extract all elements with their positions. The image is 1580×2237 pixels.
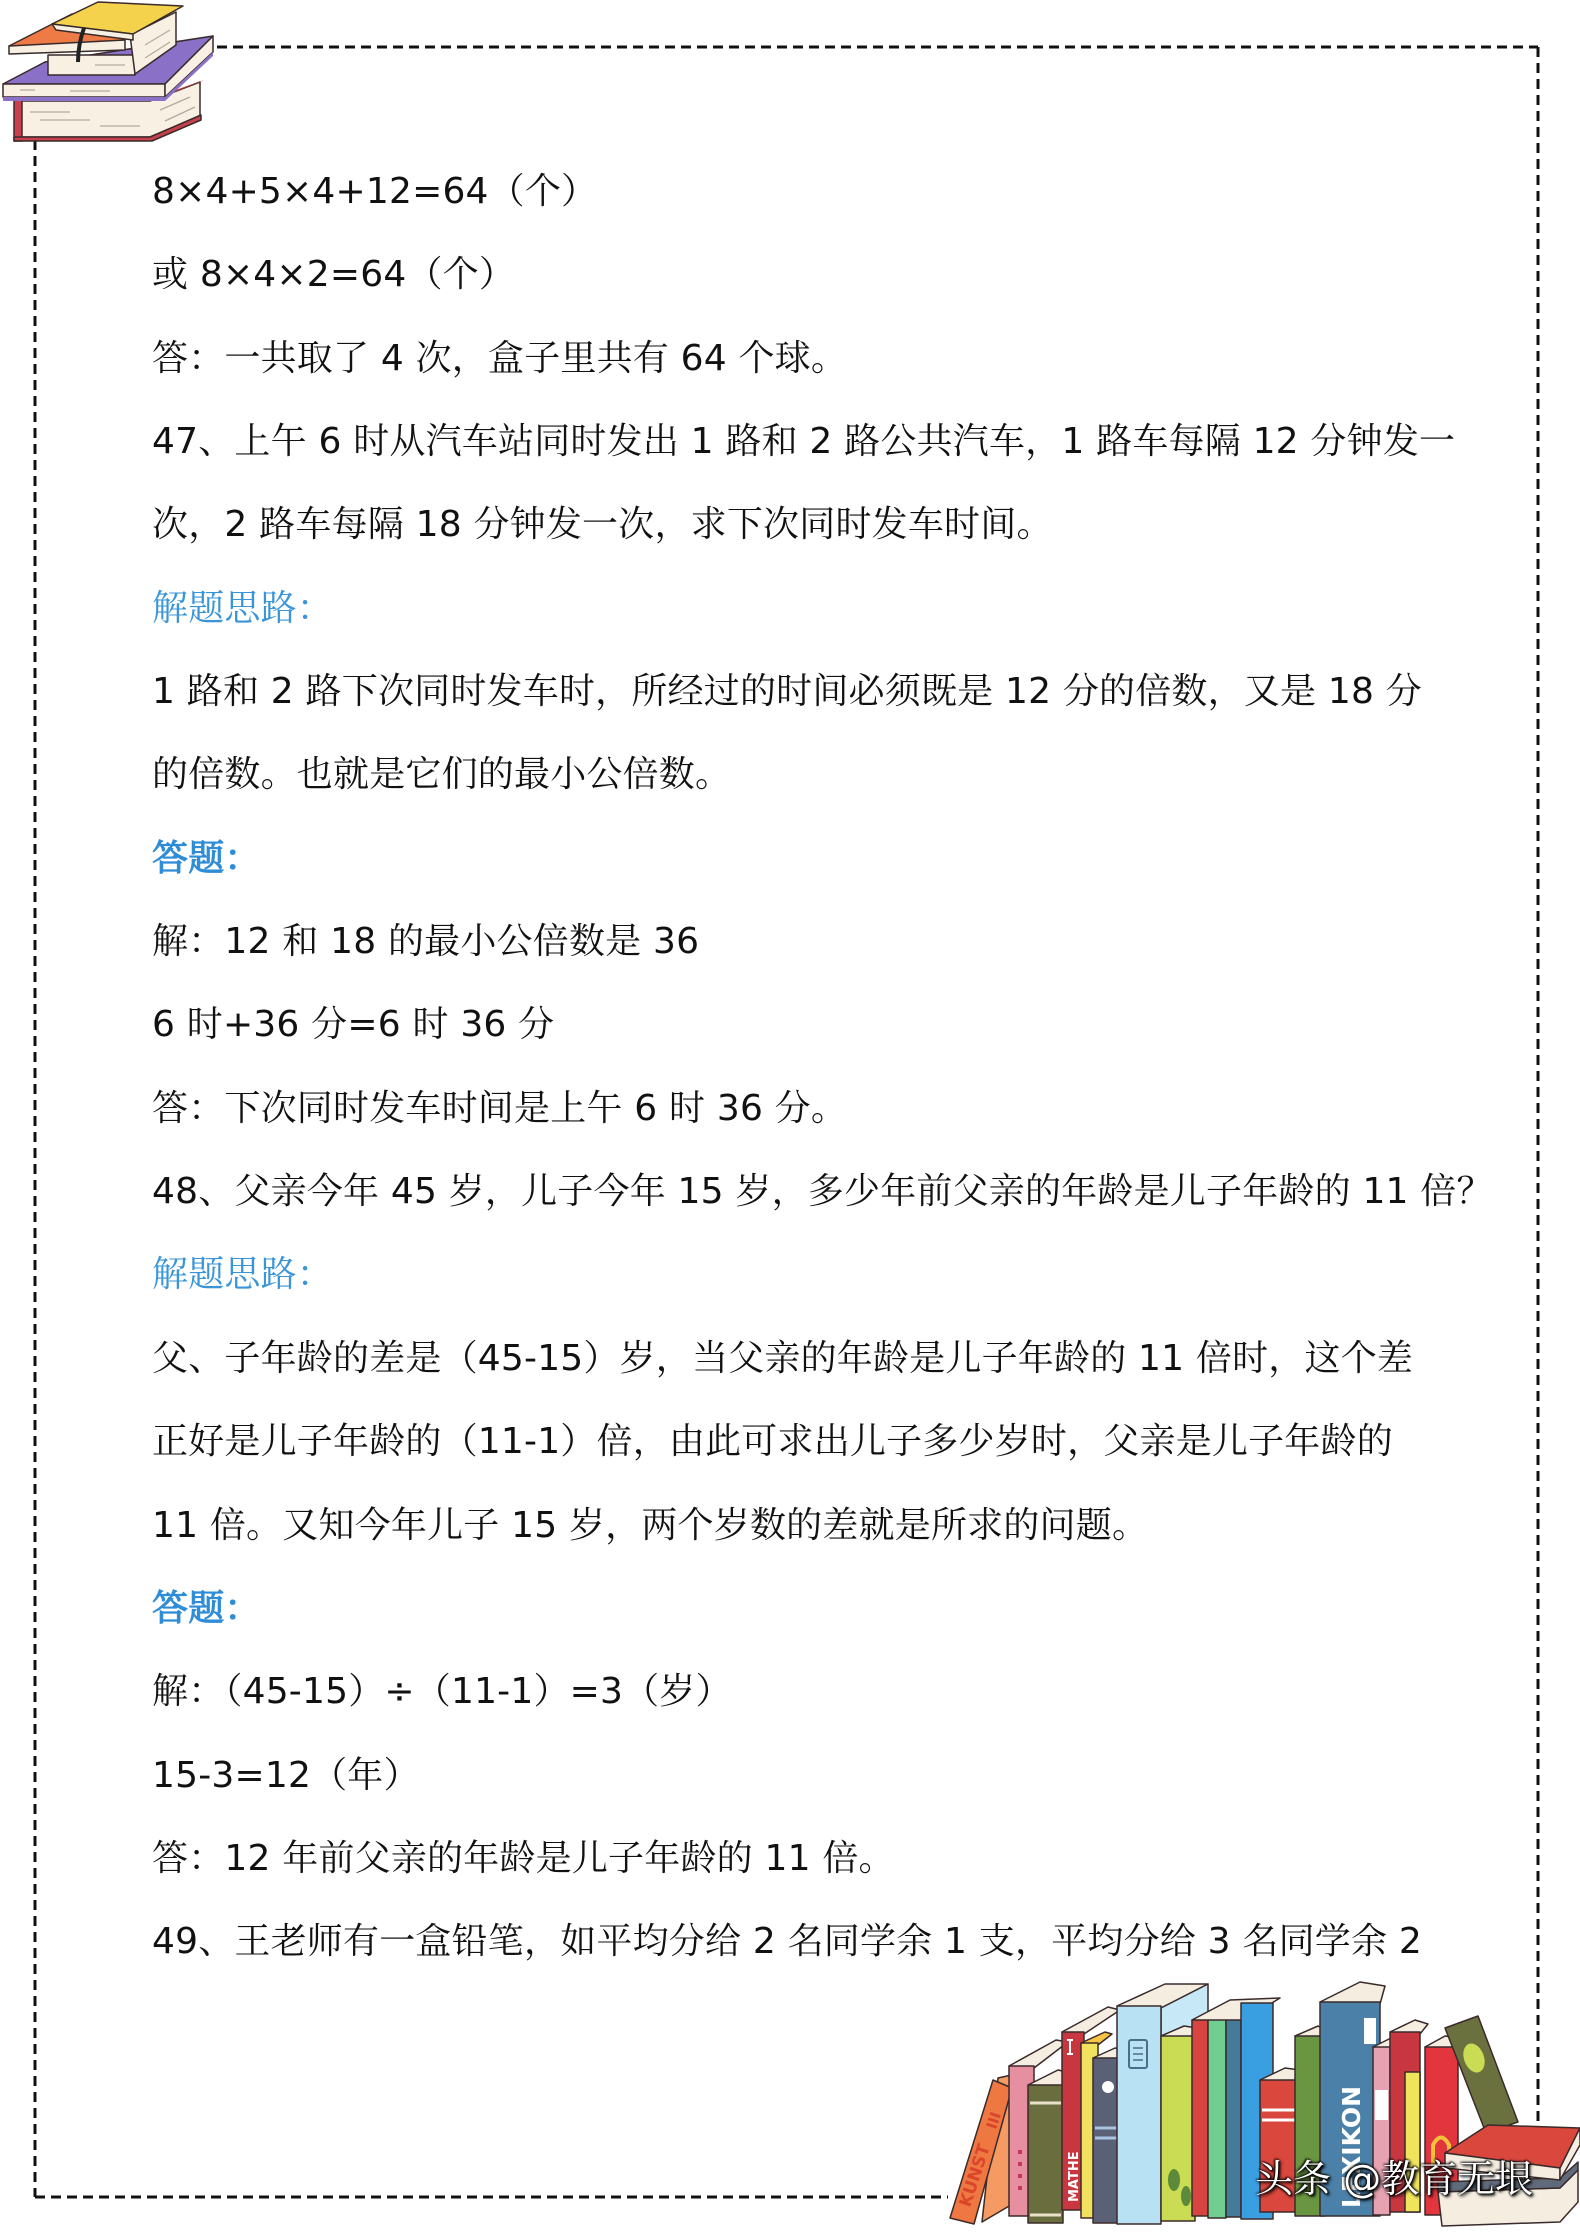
watermark-text: 头条 @教育无垠 <box>1255 2156 1533 2202</box>
book-olive <box>1028 2070 1067 2223</box>
solution-47-line-2: 6 时+36 分=6 时 36 分 <box>152 983 1492 1066</box>
answer-47: 答：下次同时发车时间是上午 6 时 36 分。 <box>152 1067 1492 1150</box>
answer-48: 答：12 年前父亲的年龄是儿子年龄的 11 倍。 <box>152 1817 1492 1900</box>
document-body: 8×4+5×4+12=64（个） 或 8×4×2=64（个） 答：一共取了 4 … <box>152 150 1492 1984</box>
thinking-47-line-1: 1 路和 2 路下次同时发车时，所经过的时间必须既是 12 分的倍数，又是 18… <box>152 650 1492 733</box>
problem-47-line-1: 47、上午 6 时从汽车站同时发出 1 路和 2 路公共汽车，1 路车每隔 12… <box>152 400 1492 483</box>
calc-line-2: 或 8×4×2=64（个） <box>152 233 1492 316</box>
book-stack-illustration <box>0 0 230 150</box>
thinking-48-line-1: 父、子年龄的差是（45-15）岁，当父亲的年龄是儿子年龄的 11 倍时，这个差 <box>152 1317 1492 1400</box>
book-kunst: KUNST III <box>950 2074 1016 2224</box>
problem-47-line-2: 次，2 路车每隔 18 分钟发一次，求下次同时发车时间。 <box>152 483 1492 566</box>
mathe-label: MATHE <box>1067 2151 1082 2202</box>
answer-46: 答：一共取了 4 次，盒子里共有 64 个球。 <box>152 317 1492 400</box>
answer-heading-48: 答题： <box>152 1567 1492 1650</box>
solution-48-line-1: 解：（45-15）÷（11-1）=3（岁） <box>152 1650 1492 1733</box>
problem-48: 48、父亲今年 45 岁，儿子今年 15 岁，多少年前父亲的年龄是儿子年龄的 1… <box>152 1150 1492 1233</box>
answer-heading-47: 答题： <box>152 817 1492 900</box>
calc-line-1: 8×4+5×4+12=64（个） <box>152 150 1492 233</box>
thinking-heading-47: 解题思路： <box>152 567 1492 650</box>
thinking-48-line-3: 11 倍。又知今年儿子 15 岁，两个岁数的差就是所求的问题。 <box>152 1484 1492 1567</box>
solution-47-line-1: 解：12 和 18 的最小公倍数是 36 <box>152 900 1492 983</box>
thinking-heading-48: 解题思路： <box>152 1233 1492 1316</box>
thinking-48-line-2: 正好是儿子年龄的（11-1）倍，由此可求出儿子多少岁时，父亲是儿子年龄的 <box>152 1400 1492 1483</box>
thinking-47-line-2: 的倍数。也就是它们的最小公倍数。 <box>152 733 1492 816</box>
solution-48-line-2: 15-3=12（年） <box>152 1734 1492 1817</box>
